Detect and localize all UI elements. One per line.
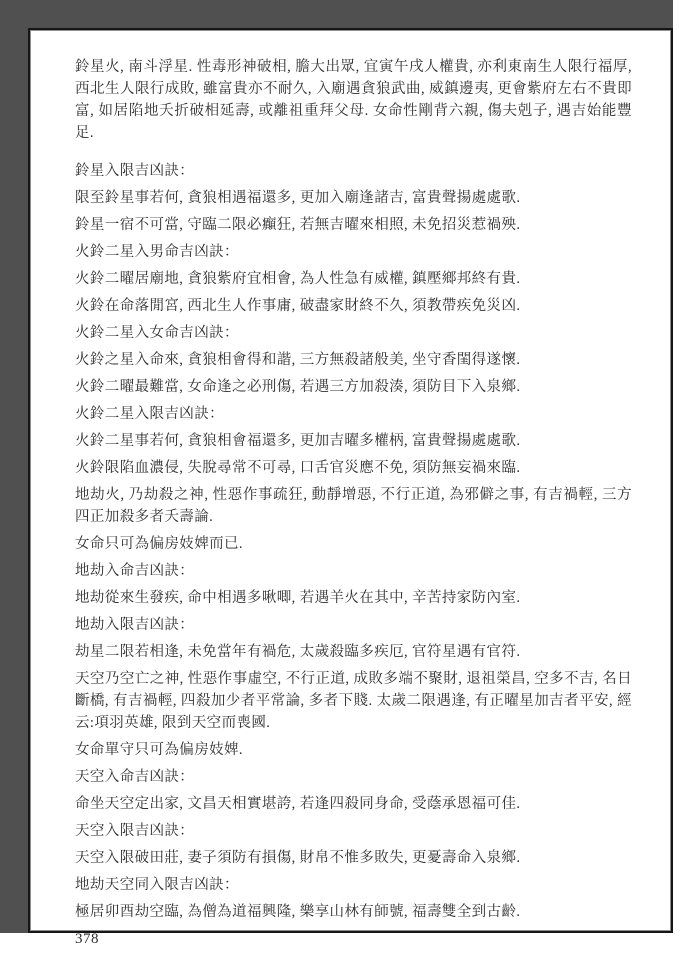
verse-line: 天空入限破田莊, 妻子須防有損傷, 財帛不惟多敗失, 更憂壽命入泉鄉. xyxy=(75,847,632,869)
verse-line: 極居卯酉劫空臨, 為僧為道福興隆, 樂享山林有師號, 福壽雙全到古齡. xyxy=(75,901,632,923)
verse-line: 火鈴二曜最難當, 女命逢之必刑傷, 若遇三方加殺湊, 須防目下入泉鄉. xyxy=(75,376,632,398)
section-heading: 地劫入命吉凶訣： xyxy=(75,560,632,582)
verse-line: 命坐天空定出家, 文昌天相實堪誇, 若逢四殺同身命, 受蔭承恩福可佳. xyxy=(75,793,632,815)
verse-line: 火鈴之星入命來, 貪狼相會得和諧, 三方無殺諸般美, 坐守香閨得遂懷. xyxy=(75,349,632,371)
section-heading: 天空入限吉凶訣： xyxy=(75,820,632,842)
section-heading: 地劫天空同入限吉凶訣： xyxy=(75,874,632,896)
page-number: 378 xyxy=(75,928,632,950)
body-paragraph: 鈴星火, 南斗浮星. 性毒形神破相, 膽大出眾, 宜寅午戌人權貴, 亦利東南生人… xyxy=(75,56,632,144)
section-heading: 火鈴二星入限吉凶訣： xyxy=(75,403,632,425)
verse-line: 火鈴在命落閒宮, 西北生人作事庸, 破盡家財終不久, 須教帶疾免災凶. xyxy=(75,295,632,317)
section-heading: 火鈴二星入男命吉凶訣： xyxy=(75,241,632,263)
verse-line: 火鈴二曜居廟地, 貪狼紫府宜相會, 為人性急有威權, 鎮壓鄉邦終有貴. xyxy=(75,268,632,290)
body-paragraph: 地劫火, 乃劫殺之神, 性惡作事疏狂, 動靜增惡, 不行正道, 為邪僻之事, 有… xyxy=(75,484,632,528)
page-text-content: 鈴星火, 南斗浮星. 性毒形神破相, 膽大出眾, 宜寅午戌人權貴, 亦利東南生人… xyxy=(75,56,632,950)
verse-line: 限至鈴星事若何, 貪狼相遇福還多, 更加入廟逢諸吉, 富貴聲揚處處歌. xyxy=(75,187,632,209)
verse-line: 女命只可為偏房妓婢而已. xyxy=(75,533,632,555)
section-heading: 天空入命吉凶訣： xyxy=(75,766,632,788)
section-heading: 地劫入限吉凶訣： xyxy=(75,614,632,636)
scan-shadow-band-left xyxy=(0,0,28,933)
verse-line: 火鈴二星事若何, 貪狼相會福還多, 更加吉曜多權柄, 富貴聲揚處處歌. xyxy=(75,430,632,452)
verse-line: 鈴星一宿不可當, 守臨二限必癲狂, 若無吉曜來相照, 未免招災惹禍殃. xyxy=(75,214,632,236)
verse-line: 女命單守只可為偏房妓婢. xyxy=(75,739,632,761)
document-page: 鈴星火, 南斗浮星. 性毒形神破相, 膽大出眾, 宜寅午戌人權貴, 亦利東南生人… xyxy=(28,28,673,933)
scan-shadow-band-top xyxy=(0,0,673,28)
body-paragraph: 天空乃空亡之神, 性惡作事虛空, 不行正道, 成敗多端不聚財, 退祖榮昌, 空多… xyxy=(75,668,632,734)
verse-line: 劫星二限若相逢, 未免當年有禍危, 太歲殺臨多疾厄, 官符星遇有官符. xyxy=(75,641,632,663)
section-heading: 鈴星入限吉凶訣： xyxy=(75,160,632,182)
verse-line: 火鈴限陷血濃侵, 失脫尋常不可尋, 口舌官災應不免, 須防無妄禍來臨. xyxy=(75,457,632,479)
section-heading: 火鈴二星入女命吉凶訣： xyxy=(75,322,632,344)
verse-line: 地劫從來生發疾, 命中相遇多啾唧, 若遇羊火在其中, 辛苦持家防內室. xyxy=(75,587,632,609)
